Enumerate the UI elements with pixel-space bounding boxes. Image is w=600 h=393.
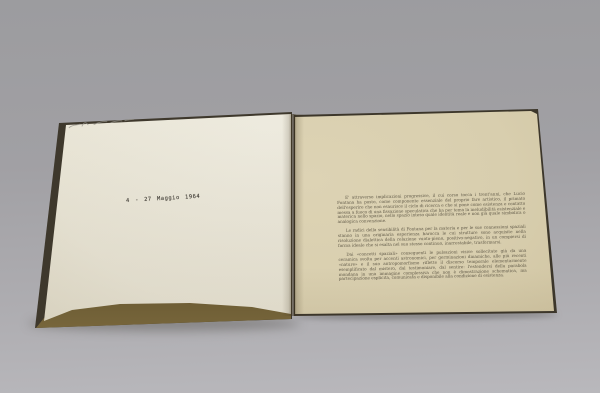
intro-paragraph-1: E' attraverso implicazioni progressive, … (337, 192, 526, 225)
centre-fold-shadow (282, 114, 304, 316)
intro-paragraph-3: Dai «concetti spaziali» conseguenti le p… (338, 249, 527, 282)
catalogue-photo: 4 - 27 Maggio 1964 E' attraverso implica… (0, 0, 600, 393)
introduction-text: E' attraverso implicazioni progressive, … (337, 192, 527, 283)
intro-paragraph-2: Le radici della sensibilità di Fontana p… (338, 225, 526, 249)
